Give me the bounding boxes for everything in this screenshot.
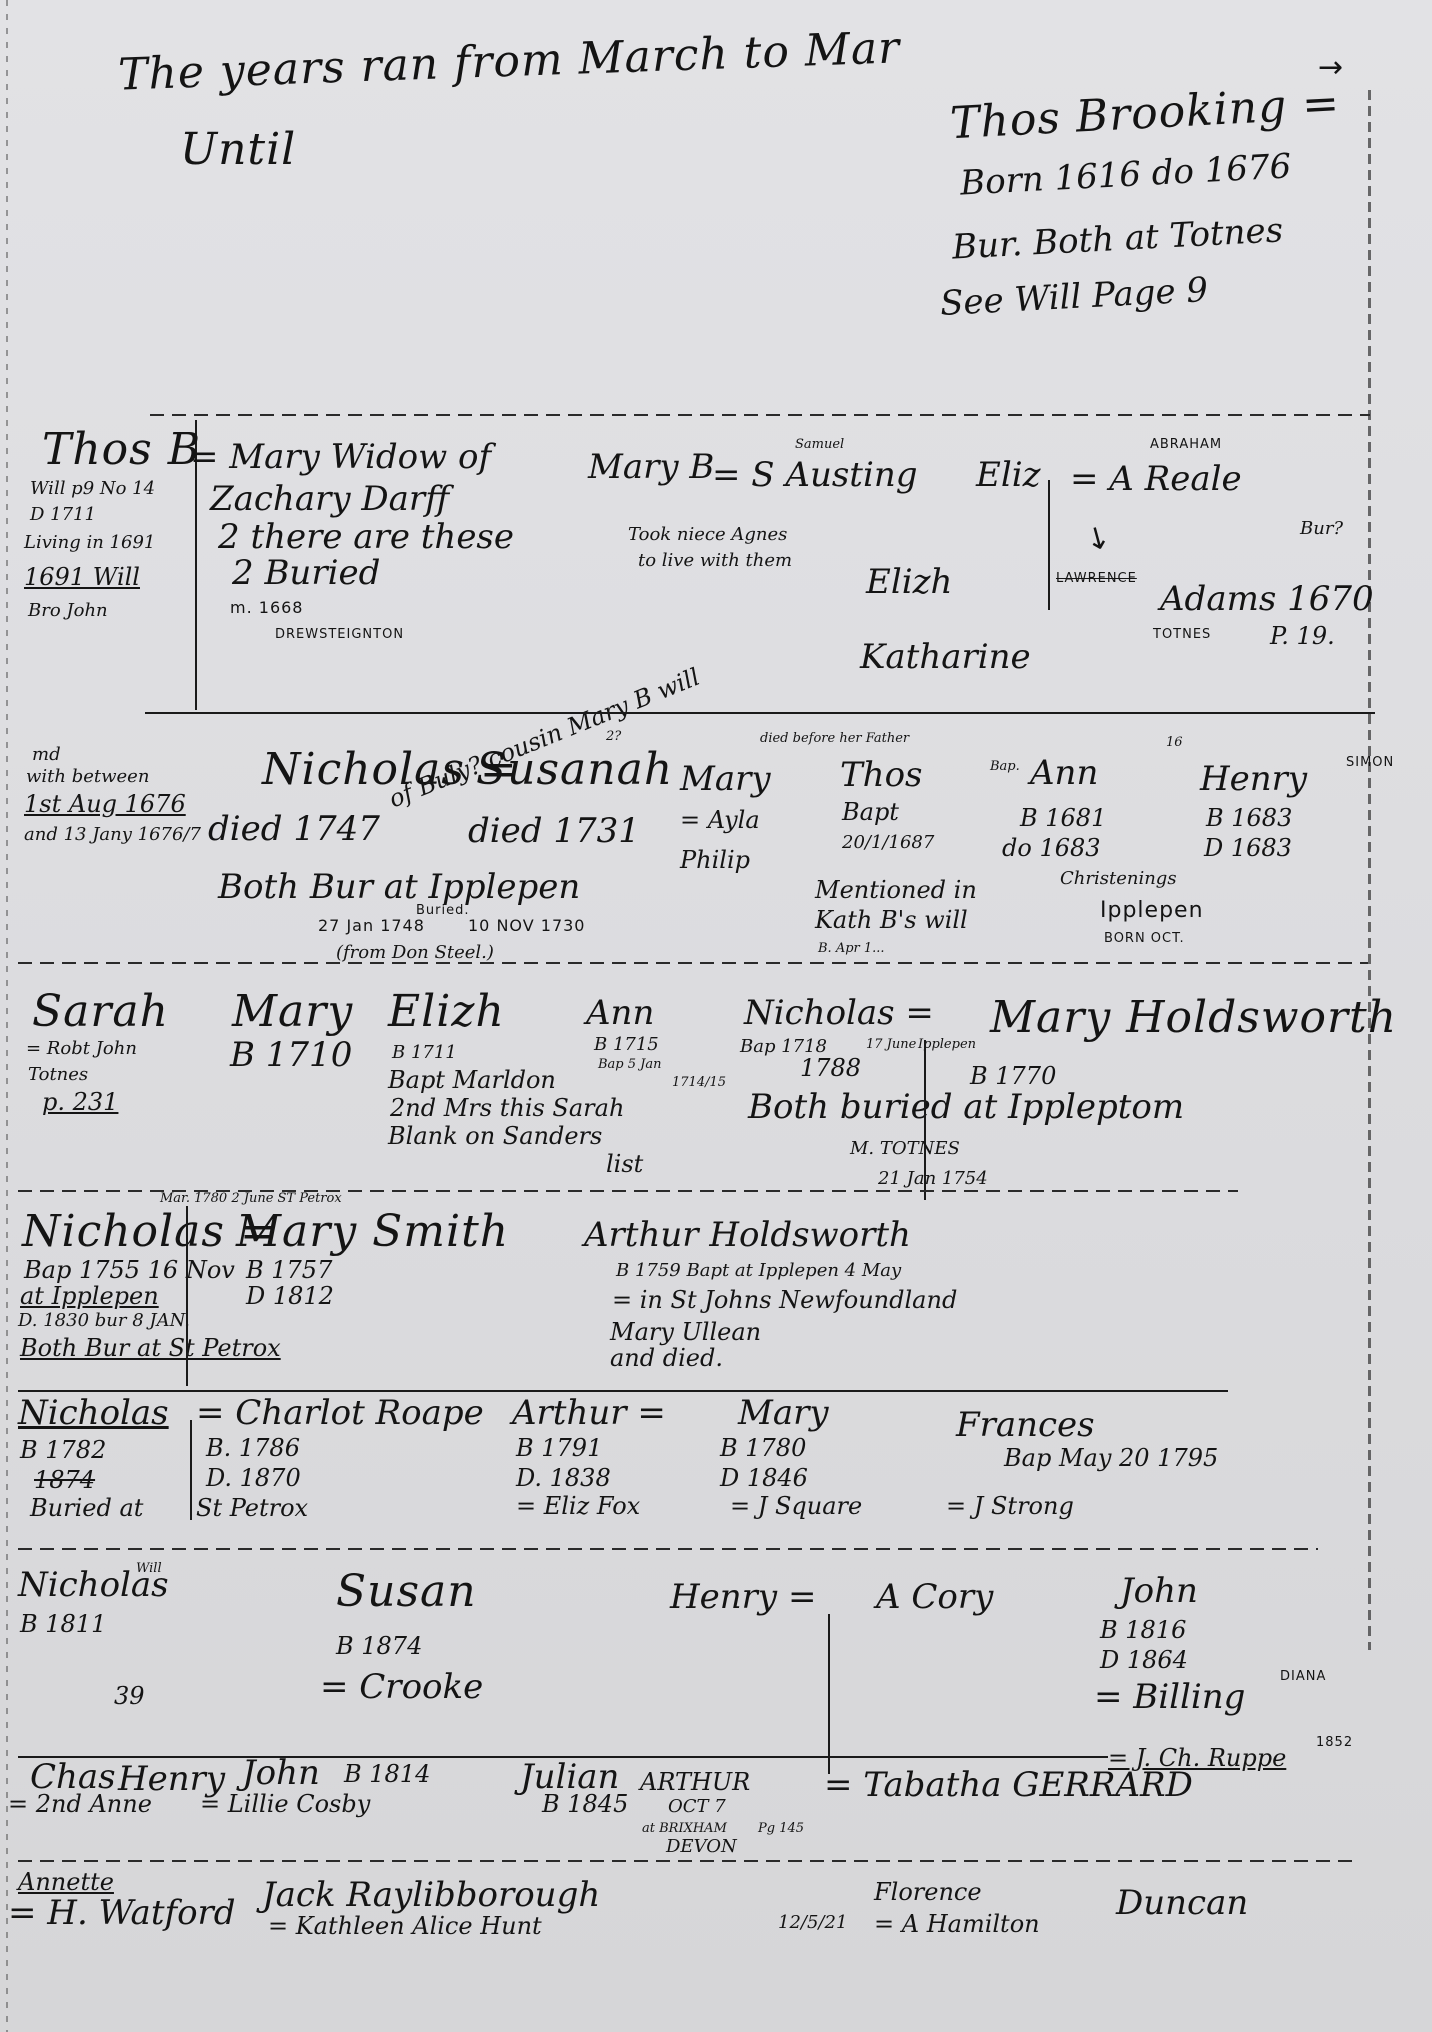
gen5-nicholas-born: B 1782	[20, 1438, 106, 1462]
gen1-mary-b-note-1: to live with them	[638, 552, 792, 570]
gen4-arthur-holdsworth-married: = in St Johns Newfoundland	[612, 1288, 957, 1312]
gen3-mary-holdsworth-name: Mary Holdsworth	[990, 996, 1397, 1040]
gen2-left-note-3: and 13 Jany 1676/7	[24, 826, 201, 844]
arrow-down-icon: ↘	[1078, 516, 1117, 559]
gen2-simon: SIMON	[1346, 756, 1394, 769]
gen8-annette-name: Annette	[18, 1870, 114, 1894]
gen3-sarah-spouse: = Robt John	[26, 1040, 137, 1058]
gen5-connector	[18, 1390, 1228, 1392]
gen4-arthur-holdsworth-name: Arthur Holdsworth	[584, 1218, 911, 1252]
gen2-nicholas-buried: 27 Jan 1748	[318, 918, 425, 934]
header-head-name: Thos Brooking =	[949, 82, 1341, 146]
gen1-mary-b-note-0: Took niece Agnes	[628, 526, 787, 544]
gen2-thos-b: B. Apr 1...	[818, 942, 885, 955]
gen7-john-spouse: = Lillie Cosby	[200, 1792, 370, 1816]
gen2-thos-date: 20/1/1687	[842, 834, 934, 852]
gen6-john-spouse: = Billing	[1094, 1680, 1245, 1714]
gen1-eliz-note-q: Bur?	[1300, 520, 1343, 538]
gen7-arthur-ref: Pg 145	[758, 1822, 804, 1835]
gen2-ipplepen: Ipplepen	[1100, 900, 1204, 922]
gen6-connector	[18, 1548, 1318, 1550]
gen1-mary-b-name: Mary B	[588, 450, 714, 484]
gen3-ann-name: Ann	[586, 996, 654, 1030]
gen3-mary-name: Mary	[232, 990, 353, 1034]
gen6-nicholas-born: B 1811	[20, 1612, 106, 1636]
gen6-john-born: B 1816	[1100, 1618, 1186, 1642]
gen5-nicholas-burial: Buried at	[30, 1496, 143, 1520]
gen3-mary-holdsworth-died: B 1770	[970, 1064, 1056, 1088]
gen4-arthur-holdsworth-born: B 1759 Bapt at Ipplepen 4 May	[616, 1262, 901, 1280]
gen5-mary-died: D 1846	[720, 1466, 808, 1490]
gen1-eliz-name: Eliz	[976, 458, 1040, 492]
gen3-elizh-note-0: 2nd Mrs this Sarah	[390, 1096, 624, 1120]
gen5-frances-name: Frances	[956, 1408, 1095, 1442]
gen1-mary-widow-line-1: 2 there are these	[218, 520, 514, 554]
gen5-frances-bapt: Bap May 20 1795	[1004, 1446, 1218, 1470]
gen6-henry-vertical	[828, 1614, 830, 1774]
gen1-mary-b-spouse: = S Austing	[712, 458, 918, 492]
gen7-arthur-place: at BRIXHAM	[642, 1822, 727, 1835]
gen1-eliz-spouse-prefix: ABRAHAM	[1150, 438, 1222, 451]
gen6-john-spouse-first: DIANA	[1280, 1670, 1326, 1683]
gen4-arthur-holdsworth-spouse: Mary Ullean	[610, 1320, 761, 1344]
gen4-arthur-holdsworth-note: and died.	[610, 1346, 723, 1370]
gen2-thos-bapt: Bapt	[842, 800, 899, 824]
gen2-left-note-2: 1st Aug 1676	[24, 792, 186, 816]
gen2-henry-sup: 16	[1166, 736, 1183, 749]
gen6-henry-name: Henry =	[670, 1580, 816, 1614]
gen6-nicholas-sup: Will	[136, 1562, 162, 1575]
gen5-vertical	[190, 1420, 192, 1520]
header-title-line1: The years ran from March to Mar	[117, 26, 900, 97]
gen3-elizh-born: B 1711	[392, 1044, 457, 1062]
gen3-mary-holdsworth-place: Ipplepen	[918, 1038, 976, 1051]
gen8-florence-spouse: = A Hamilton	[874, 1912, 1040, 1936]
gen8-connector	[18, 1860, 1358, 1862]
gen3-elizh-name: Elizh	[388, 990, 505, 1034]
scan-edge-left	[6, 0, 8, 2032]
gen2-mary-name: Mary	[680, 762, 771, 796]
gen7-arthur-name: ARTHUR	[640, 1770, 750, 1794]
gen6-susan-spouse: = Crooke	[320, 1670, 483, 1704]
gen3-mary-born: B 1710	[230, 1038, 352, 1072]
gen7-julian-name: Julian	[520, 1760, 619, 1794]
gen2-susanah-buried: 10 NOV 1730	[468, 918, 585, 934]
gen4-nicholas-died: D. 1830 bur 8 JAN.	[18, 1312, 190, 1330]
gen3-elizh-note-1: Blank on Sanders	[388, 1124, 602, 1148]
gen3-nicholas-name: Nicholas =	[744, 996, 934, 1030]
scan-edge-right	[1368, 90, 1371, 1650]
gen3-nicholas-died: 1788	[800, 1056, 861, 1080]
gen1-lawrence: LAWRENCE	[1056, 572, 1137, 585]
gen1-thos-note-3: 1691 Will	[24, 565, 140, 589]
gen5-charlotte-burial: St Petrox	[196, 1496, 308, 1520]
gen4-nicholas-burial: Both Bur at St Petrox	[20, 1336, 281, 1360]
gen2-susanah-name: Susanah	[476, 748, 673, 792]
gen5-frances-spouse: = J Strong	[946, 1494, 1074, 1518]
gen4-mary-smith-born: B 1757	[246, 1258, 332, 1282]
gen3-ann-born: B 1715	[594, 1036, 659, 1054]
gen3-married-date: 21 Jan 1754	[878, 1170, 988, 1188]
gen1-adams-ref: P. 19.	[1270, 624, 1335, 648]
gen5-nicholas-died: 1874	[34, 1468, 95, 1492]
gen1-thos-note-2: Living in 1691	[24, 534, 155, 552]
header-title-line2: Until	[180, 128, 296, 172]
gen3-both-buried: Both buried at Ippleptom	[748, 1090, 1184, 1124]
gen2-thos-note-0: Mentioned in	[815, 878, 977, 902]
gen2-henry-born: B 1683	[1206, 806, 1292, 830]
gen1-thos-name: Thos B	[42, 428, 201, 472]
gen6-henry-spouse: A Cory	[876, 1580, 993, 1614]
gen6-susan-born: B 1874	[336, 1634, 422, 1658]
gen2-thos-name: Thos	[840, 758, 923, 792]
gen2-thos-note-1: Kath B's will	[815, 908, 968, 932]
gen5-mary-name: Mary	[738, 1396, 829, 1430]
gen8-florence-name: Florence	[874, 1880, 982, 1904]
gen7-tabitha-name: = Tabatha GERRARD	[824, 1768, 1193, 1802]
gen2-source: (from Don Steel.)	[336, 944, 494, 962]
gen5-arthur-name: Arthur =	[512, 1396, 666, 1430]
gen4-nicholas-bapt: Bap 1755 16 Nov	[24, 1258, 235, 1282]
gen3-married: M. TOTNES	[850, 1140, 960, 1158]
gen6-nicholas-note: 39	[114, 1684, 145, 1708]
gen1-mary-widow-name: = Mary Widow of	[190, 440, 491, 474]
gen4-mary-smith-died: D 1812	[246, 1284, 334, 1308]
gen7-arthur-county: DEVON	[666, 1838, 737, 1856]
gen5-charlotte-died: D. 1870	[206, 1466, 301, 1490]
gen6-john-spouse-year: 1852	[1316, 1736, 1353, 1749]
gen3-ann-bapt: Bap 5 Jan	[598, 1058, 662, 1071]
gen2-both-buried: Both Bur at Ipplepen	[218, 870, 580, 904]
gen3-ann-bapt-year: 1714/15	[672, 1076, 726, 1089]
gen2-connector	[145, 712, 1375, 714]
gen4-nicholas-place: at Ipplepen	[20, 1284, 159, 1308]
gen2-mary-note: died before her Father	[760, 732, 909, 745]
gen1-eliz-vertical	[1048, 480, 1050, 610]
gen1-connector	[150, 414, 1370, 416]
gen5-charlotte-born: B. 1786	[206, 1436, 300, 1460]
gen1-eliz-child-1: Katharine	[860, 640, 1031, 674]
gen5-arthur-born: B 1791	[516, 1436, 602, 1460]
gen1-mary-widow-line-2: 2 Buried	[232, 556, 380, 590]
gen1-married: m. 1668	[230, 600, 303, 616]
gen2-mary-spouse2: Philip	[680, 848, 750, 872]
gen5-charlotte-name: = Charlot Roape	[196, 1396, 484, 1430]
header-head-born: Born 1616 do 1676	[959, 149, 1292, 200]
gen2-left-note-0: md	[32, 746, 61, 764]
gen1-thos-note-1: D 1711	[30, 506, 96, 524]
gen1-adams-place: TOTNES	[1153, 628, 1211, 641]
gen3-sarah-name: Sarah	[32, 990, 169, 1034]
gen7-arthur-date: OCT 7	[668, 1798, 726, 1816]
gen4-mary-smith-name: Mary Smith	[236, 1210, 509, 1254]
gen2-susanah-sup: 2?	[606, 730, 621, 743]
gen8-jack-date: 12/5/21	[778, 1914, 847, 1932]
gen8-jack-spouse: = Kathleen Alice Hunt	[268, 1914, 542, 1938]
gen8-annette-spouse: = H. Watford	[8, 1896, 236, 1930]
gen2-henry-died: D 1683	[1204, 836, 1292, 860]
gen2-susanah-died: died 1731	[468, 814, 640, 848]
gen1-thos-note-4: Bro John	[28, 602, 108, 620]
gen6-john-name: John	[1120, 1574, 1198, 1608]
gen4-marriage-note: Mar. 1780 2 June ST Petrox	[160, 1192, 342, 1205]
gen3-connector	[18, 962, 1368, 964]
header-head-note: Bur. Both at Totnes	[951, 213, 1284, 264]
gen2-ipplepen-note: BORN OCT.	[1104, 932, 1185, 945]
corner-arrow-icon: →	[1318, 50, 1343, 85]
gen8-jack-name: Jack Raylibborough	[262, 1878, 600, 1912]
gen5-arthur-died: D. 1838	[516, 1466, 611, 1490]
header-head-ref: See Will Page 9	[939, 273, 1208, 321]
gen3-nicholas-date: 17 June	[866, 1038, 916, 1051]
gen7-chas-name: Chas	[30, 1760, 116, 1794]
gen2-henry-name: Henry	[1200, 762, 1307, 796]
gen3-sarah-ref: p. 231	[42, 1090, 118, 1114]
gen2-mary-spouse: = Ayla	[680, 808, 760, 832]
scanned-page: The years ran from March to Mar Until Th…	[0, 0, 1432, 2032]
gen2-ann-born: B 1681	[1020, 806, 1106, 830]
gen2-ann-died: do 1683	[1002, 836, 1101, 860]
gen3-sarah-place: Totnes	[28, 1066, 88, 1084]
gen5-nicholas-name: Nicholas	[18, 1396, 169, 1430]
gen5-mary-born: B 1780	[720, 1436, 806, 1460]
gen7-julian-born: B 1845	[542, 1792, 628, 1816]
gen2-nicholas-died: died 1747	[208, 812, 380, 846]
gen1-thos-note-0: Will p9 No 14	[30, 480, 155, 498]
gen1-eliz-child-0: Elizh	[866, 565, 952, 599]
gen3-elizh-note-2: list	[606, 1152, 643, 1176]
gen1-eliz-spouse: = A Reale	[1070, 462, 1242, 496]
gen8-duncan-name: Duncan	[1116, 1886, 1248, 1920]
gen2-christenings: Christenings	[1060, 870, 1177, 888]
gen5-mary-spouse: = J Square	[730, 1494, 862, 1518]
gen1-married-place: DREWSTEIGNTON	[275, 628, 404, 641]
gen1-adams: Adams 1670	[1160, 582, 1374, 616]
gen6-susan-name: Susan	[336, 1570, 477, 1614]
gen5-arthur-spouse: = Eliz Fox	[516, 1494, 640, 1518]
gen2-ann-name: Ann	[1030, 756, 1098, 790]
gen2-ann-prefix: Bap.	[990, 760, 1020, 773]
gen6-john-died: D 1864	[1100, 1648, 1188, 1672]
gen4-vertical	[186, 1206, 188, 1386]
gen2-left-note-1: with between	[26, 768, 149, 786]
gen1-mary-widow-line-0: Zachary Darff	[210, 482, 449, 516]
gen3-elizh-bapt: Bapt Marldon	[388, 1068, 556, 1092]
gen7-john-born: B 1814	[344, 1762, 430, 1786]
gen7-john-name: John	[242, 1756, 320, 1790]
gen1-mary-b-spouse-prefix: Samuel	[795, 438, 844, 451]
